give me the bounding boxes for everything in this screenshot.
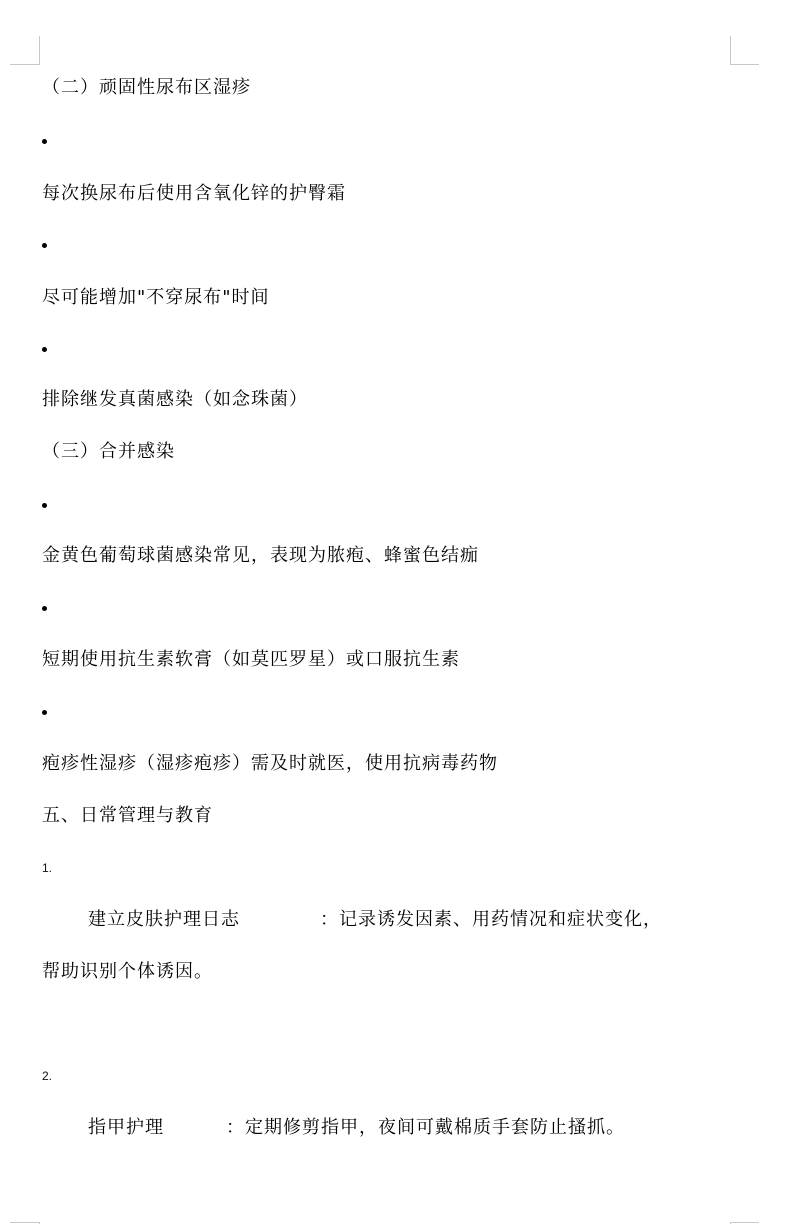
section-heading: （三）合并感染 [42, 440, 175, 464]
list-number: 2. [42, 1069, 52, 1083]
page-corner-mark-top-left [10, 36, 40, 65]
list-number: 1. [42, 861, 52, 875]
list-item: 尽可能增加"不穿尿布"时间 [42, 286, 270, 310]
bullet-icon [42, 139, 47, 144]
bullet-icon [42, 503, 47, 508]
bullet-icon [42, 710, 47, 715]
item-text: ：定期修剪指甲，夜间可戴棉质手套防止搔抓。 [226, 1117, 625, 1138]
section-heading: （二）顽固性尿布区湿疹 [42, 76, 251, 100]
item-text: ：记录诱发因素、用药情况和症状变化， [320, 909, 662, 930]
item-label: 建立皮肤护理日志 [88, 908, 320, 932]
item-continuation: 帮助识别个体诱因。 [42, 960, 213, 984]
list-item: 金黄色葡萄球菌感染常见，表现为脓疱、蜂蜜色结痂 [42, 544, 479, 568]
list-item: 疱疹性湿疹（湿疹疱疹）需及时就医，使用抗病毒药物 [42, 752, 498, 776]
item-label: 指甲护理 [88, 1116, 226, 1140]
numbered-item: 建立皮肤护理日志：记录诱发因素、用药情况和症状变化， [88, 908, 662, 932]
bullet-icon [42, 606, 47, 611]
page-corner-mark-top-right [730, 36, 759, 65]
list-item: 每次换尿布后使用含氧化锌的护臀霜 [42, 182, 346, 206]
document-page: （二）顽固性尿布区湿疹 每次换尿布后使用含氧化锌的护臀霜 尽可能增加"不穿尿布"… [0, 0, 800, 1224]
section-heading: 五、日常管理与教育 [42, 804, 213, 828]
bullet-icon [42, 347, 47, 352]
list-item: 短期使用抗生素软膏（如莫匹罗星）或口服抗生素 [42, 648, 460, 672]
bullet-icon [42, 243, 47, 248]
numbered-item: 指甲护理：定期修剪指甲，夜间可戴棉质手套防止搔抓。 [88, 1116, 625, 1140]
list-item: 排除继发真菌感染（如念珠菌） [42, 388, 308, 412]
